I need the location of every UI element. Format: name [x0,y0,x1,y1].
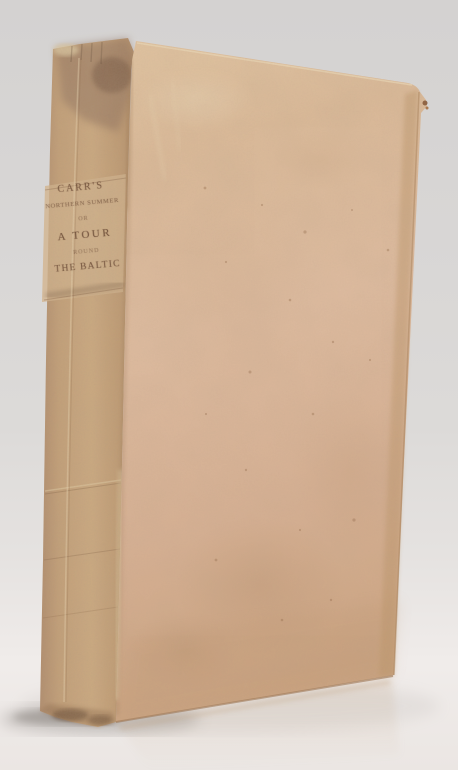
book-photo [0,0,458,770]
photo-backdrop: CARR'S NORTHERN SUMMER OR A TOUR ROUND T… [0,0,458,770]
